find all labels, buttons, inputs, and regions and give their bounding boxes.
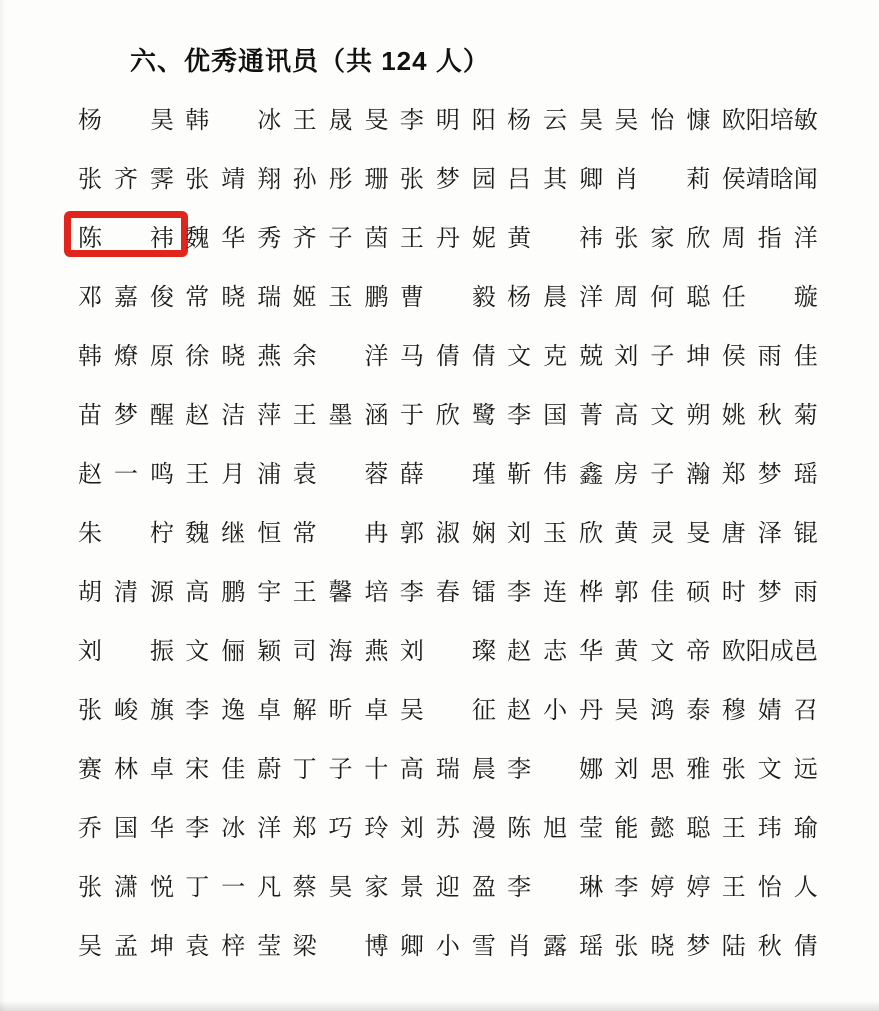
person-name: 高鹏宇 <box>185 577 281 607</box>
person-name: 余洋 <box>293 341 389 371</box>
person-name: 刘振 <box>78 636 174 666</box>
person-name: 梁博 <box>293 931 389 961</box>
person-name: 王馨培 <box>293 577 389 607</box>
name-cell: 张晓梦 <box>614 916 721 975</box>
person-name: 丁子十 <box>293 754 389 784</box>
person-name: 刘思雅 <box>614 754 710 784</box>
person-name: 李明阳 <box>400 105 496 135</box>
name-cell: 刘苏漫 <box>400 798 507 857</box>
name-cell: 常晓瑞 <box>185 267 292 326</box>
name-cell: 孙彤珊 <box>293 149 400 208</box>
name-cell: 李春镭 <box>400 562 507 621</box>
name-cell: 张文远 <box>722 739 829 798</box>
name-cell: 任璇 <box>722 267 829 326</box>
name-cell: 袁梓莹 <box>185 916 292 975</box>
name-cell: 李娜 <box>507 739 614 798</box>
name-cell: 欧阳培敏 <box>722 90 829 149</box>
person-name: 郭淑娴 <box>400 518 496 548</box>
person-name: 穆婧召 <box>722 695 818 725</box>
person-name: 李连桦 <box>507 577 603 607</box>
name-cell: 李琳 <box>507 857 614 916</box>
name-cell: 黄文帝 <box>614 621 721 680</box>
name-cell: 赛林卓 <box>78 739 185 798</box>
person-name: 张晓梦 <box>614 931 710 961</box>
person-name: 杨晨洋 <box>507 282 603 312</box>
person-name: 马倩倩 <box>400 341 496 371</box>
name-cell: 陈旭莹 <box>507 798 614 857</box>
name-cell-highlighted: 陈祎 <box>78 208 185 267</box>
name-cell: 吕其卿 <box>507 149 614 208</box>
name-cell: 宋佳蔚 <box>185 739 292 798</box>
person-name: 肖莉 <box>614 164 710 194</box>
person-name: 李逸卓 <box>185 695 281 725</box>
name-cell: 李明阳 <box>400 90 507 149</box>
name-cell: 丁子十 <box>293 739 400 798</box>
person-name: 齐子茵 <box>293 223 389 253</box>
person-name: 时梦雨 <box>722 577 818 607</box>
name-cell: 张齐霁 <box>78 149 185 208</box>
name-cell: 朱柠 <box>78 503 185 562</box>
person-name: 孙彤珊 <box>293 164 389 194</box>
name-cell: 肖莉 <box>614 149 721 208</box>
name-cell: 赵小丹 <box>507 680 614 739</box>
person-name: 王玮瑜 <box>722 813 818 843</box>
name-cell: 吴征 <box>400 680 507 739</box>
name-cell: 杨晨洋 <box>507 267 614 326</box>
person-name: 张家欣 <box>614 223 710 253</box>
person-name: 常晓瑞 <box>185 282 281 312</box>
person-name: 袁梓莹 <box>185 931 281 961</box>
person-name: 文克兢 <box>507 341 603 371</box>
name-cell: 王晟旻 <box>293 90 400 149</box>
name-cell: 侯雨佳 <box>722 326 829 385</box>
person-name: 刘玉欣 <box>507 518 603 548</box>
person-name: 刘子坤 <box>614 341 710 371</box>
name-cell: 赵一鸣 <box>78 444 185 503</box>
name-cell: 蔡昊家 <box>293 857 400 916</box>
name-cell: 吴孟坤 <box>78 916 185 975</box>
name-cell: 时梦雨 <box>722 562 829 621</box>
name-cell: 黄祎 <box>507 208 614 267</box>
name-cell: 高鹏宇 <box>185 562 292 621</box>
person-name: 李婷婷 <box>614 872 710 902</box>
name-cell: 穆婧召 <box>722 680 829 739</box>
person-name: 宋佳蔚 <box>185 754 281 784</box>
name-cell: 周何聪 <box>614 267 721 326</box>
person-name: 王月浦 <box>185 459 281 489</box>
person-name: 肖露瑶 <box>507 931 603 961</box>
person-name: 张文远 <box>722 754 818 784</box>
person-name: 高瑞晨 <box>400 754 496 784</box>
name-cell: 李冰洋 <box>185 798 292 857</box>
name-cell: 刘思雅 <box>614 739 721 798</box>
name-cell: 王月浦 <box>185 444 292 503</box>
person-name: 赵志华 <box>507 636 603 666</box>
name-list: 杨昊 韩冰 王晟旻 李明阳 杨云昊 吴怡慷 欧阳培敏 张齐霁 张靖翔 孙彤珊 张… <box>78 90 829 975</box>
person-name: 郑巧玲 <box>293 813 389 843</box>
name-cell: 乔国华 <box>78 798 185 857</box>
person-name: 杨昊 <box>78 105 174 135</box>
name-cell: 张梦园 <box>400 149 507 208</box>
person-name: 蔡昊家 <box>293 872 389 902</box>
name-cell: 袁蓉 <box>293 444 400 503</box>
person-name: 丁一凡 <box>185 872 281 902</box>
person-name: 朱柠 <box>78 518 174 548</box>
name-cell: 刘振 <box>78 621 185 680</box>
name-cell: 赵志华 <box>507 621 614 680</box>
person-name: 刘苏漫 <box>400 813 496 843</box>
name-cell: 高瑞晨 <box>400 739 507 798</box>
person-name: 赵一鸣 <box>78 459 174 489</box>
name-cell: 郑梦瑶 <box>722 444 829 503</box>
person-name: 欧阳成邑 <box>722 636 818 666</box>
person-name: 陆秋倩 <box>722 931 818 961</box>
name-cell: 徐晓燕 <box>185 326 292 385</box>
person-name: 郑梦瑶 <box>722 459 818 489</box>
person-name: 李琳 <box>507 872 603 902</box>
person-name: 陈旭莹 <box>507 813 603 843</box>
name-cell: 姚秋菊 <box>722 385 829 444</box>
person-name: 周何聪 <box>614 282 710 312</box>
person-name: 靳伟鑫 <box>507 459 603 489</box>
name-cell: 文克兢 <box>507 326 614 385</box>
person-name: 王晟旻 <box>293 105 389 135</box>
person-name: 张峻旗 <box>78 695 174 725</box>
person-name: 薛瑾 <box>400 459 496 489</box>
person-name: 卿小雪 <box>400 931 496 961</box>
name-cell: 王玮瑜 <box>722 798 829 857</box>
name-cell: 吴鸿泰 <box>614 680 721 739</box>
person-name: 侯雨佳 <box>722 341 818 371</box>
person-name: 吴怡慷 <box>614 105 710 135</box>
name-cell: 卿小雪 <box>400 916 507 975</box>
name-cell: 肖露瑶 <box>507 916 614 975</box>
person-name: 张靖翔 <box>185 164 281 194</box>
person-name: 欧阳培敏 <box>722 105 818 135</box>
name-cell: 欧阳成邑 <box>722 621 829 680</box>
name-cell: 赵洁萍 <box>185 385 292 444</box>
name-cell: 司海燕 <box>293 621 400 680</box>
person-name: 常冉 <box>293 518 389 548</box>
person-name: 胡清源 <box>78 577 174 607</box>
person-name: 陈祎 <box>78 223 174 253</box>
name-cell: 陆秋倩 <box>722 916 829 975</box>
person-name: 张潇悦 <box>78 872 174 902</box>
name-cell: 高文朔 <box>614 385 721 444</box>
person-name: 杨云昊 <box>507 105 603 135</box>
person-name: 黄祎 <box>507 223 603 253</box>
person-name: 李娜 <box>507 754 603 784</box>
person-name: 李春镭 <box>400 577 496 607</box>
name-cell: 薛瑾 <box>400 444 507 503</box>
name-cell: 王馨培 <box>293 562 400 621</box>
person-name: 徐晓燕 <box>185 341 281 371</box>
page-title: 六、优秀通讯员（共 124 人） <box>0 0 879 78</box>
name-cell: 能懿聪 <box>614 798 721 857</box>
name-cell: 姬玉鹏 <box>293 267 400 326</box>
name-cell: 齐子茵 <box>293 208 400 267</box>
name-cell: 张潇悦 <box>78 857 185 916</box>
name-cell: 张家欣 <box>614 208 721 267</box>
person-name: 魏华秀 <box>185 223 281 253</box>
name-cell: 解昕卓 <box>293 680 400 739</box>
person-name: 张齐霁 <box>78 164 174 194</box>
person-name: 乔国华 <box>78 813 174 843</box>
name-cell: 苗梦醒 <box>78 385 185 444</box>
person-name: 王怡人 <box>722 872 818 902</box>
name-cell: 吴怡慷 <box>614 90 721 149</box>
name-cell: 靳伟鑫 <box>507 444 614 503</box>
name-cell: 唐泽锟 <box>722 503 829 562</box>
name-cell: 李婷婷 <box>614 857 721 916</box>
person-name: 侯靖晗闻 <box>722 164 818 194</box>
name-cell: 韩燎原 <box>78 326 185 385</box>
person-name: 韩冰 <box>185 105 281 135</box>
person-name: 袁蓉 <box>293 459 389 489</box>
person-name: 高文朔 <box>614 400 710 430</box>
person-name: 曹毅 <box>400 282 496 312</box>
person-name: 唐泽锟 <box>722 518 818 548</box>
person-name: 文俪颖 <box>185 636 281 666</box>
name-cell: 丁一凡 <box>185 857 292 916</box>
name-cell: 刘子坤 <box>614 326 721 385</box>
name-cell: 侯靖晗闻 <box>722 149 829 208</box>
name-cell: 王丹妮 <box>400 208 507 267</box>
person-name: 赵洁萍 <box>185 400 281 430</box>
person-name: 王墨涵 <box>293 400 389 430</box>
name-cell: 周指洋 <box>722 208 829 267</box>
name-cell: 韩冰 <box>185 90 292 149</box>
person-name: 刘璨 <box>400 636 496 666</box>
name-cell: 梁博 <box>293 916 400 975</box>
name-cell: 张峻旗 <box>78 680 185 739</box>
name-cell: 张靖翔 <box>185 149 292 208</box>
name-cell: 魏继恒 <box>185 503 292 562</box>
name-cell: 王墨涵 <box>293 385 400 444</box>
name-cell: 杨昊 <box>78 90 185 149</box>
name-cell: 马倩倩 <box>400 326 507 385</box>
name-cell: 胡清源 <box>78 562 185 621</box>
person-name: 司海燕 <box>293 636 389 666</box>
name-cell: 余洋 <box>293 326 400 385</box>
name-cell: 于欣鹭 <box>400 385 507 444</box>
person-name: 苗梦醒 <box>78 400 174 430</box>
person-name: 魏继恒 <box>185 518 281 548</box>
person-name: 黄灵旻 <box>614 518 710 548</box>
person-name: 能懿聪 <box>614 813 710 843</box>
person-name: 郭佳硕 <box>614 577 710 607</box>
person-name: 姬玉鹏 <box>293 282 389 312</box>
name-cell: 刘璨 <box>400 621 507 680</box>
person-name: 周指洋 <box>722 223 818 253</box>
name-cell: 魏华秀 <box>185 208 292 267</box>
person-name: 姚秋菊 <box>722 400 818 430</box>
person-name: 赛林卓 <box>78 754 174 784</box>
name-cell: 李连桦 <box>507 562 614 621</box>
person-name: 景迎盈 <box>400 872 496 902</box>
name-cell: 李逸卓 <box>185 680 292 739</box>
person-name: 房子瀚 <box>614 459 710 489</box>
name-cell: 刘玉欣 <box>507 503 614 562</box>
person-name: 邓嘉俊 <box>78 282 174 312</box>
person-name: 吴鸿泰 <box>614 695 710 725</box>
person-name: 吕其卿 <box>507 164 603 194</box>
person-name: 吴孟坤 <box>78 931 174 961</box>
person-name: 赵小丹 <box>507 695 603 725</box>
name-cell: 房子瀚 <box>614 444 721 503</box>
person-name: 李国菁 <box>507 400 603 430</box>
person-name: 韩燎原 <box>78 341 174 371</box>
person-name: 李冰洋 <box>185 813 281 843</box>
name-cell: 杨云昊 <box>507 90 614 149</box>
name-cell: 邓嘉俊 <box>78 267 185 326</box>
document-page: 六、优秀通讯员（共 124 人） 杨昊 韩冰 王晟旻 李明阳 杨云昊 吴怡慷 欧… <box>0 0 879 1011</box>
person-name: 黄文帝 <box>614 636 710 666</box>
person-name: 吴征 <box>400 695 496 725</box>
name-cell: 景迎盈 <box>400 857 507 916</box>
name-cell: 郭淑娴 <box>400 503 507 562</box>
name-cell: 李国菁 <box>507 385 614 444</box>
name-cell: 常冉 <box>293 503 400 562</box>
name-cell: 文俪颖 <box>185 621 292 680</box>
person-name: 任璇 <box>722 282 818 312</box>
person-name: 张梦园 <box>400 164 496 194</box>
name-cell: 曹毅 <box>400 267 507 326</box>
name-cell: 郭佳硕 <box>614 562 721 621</box>
name-cell: 黄灵旻 <box>614 503 721 562</box>
name-cell: 王怡人 <box>722 857 829 916</box>
person-name: 于欣鹭 <box>400 400 496 430</box>
person-name: 解昕卓 <box>293 695 389 725</box>
person-name: 王丹妮 <box>400 223 496 253</box>
name-cell: 郑巧玲 <box>293 798 400 857</box>
